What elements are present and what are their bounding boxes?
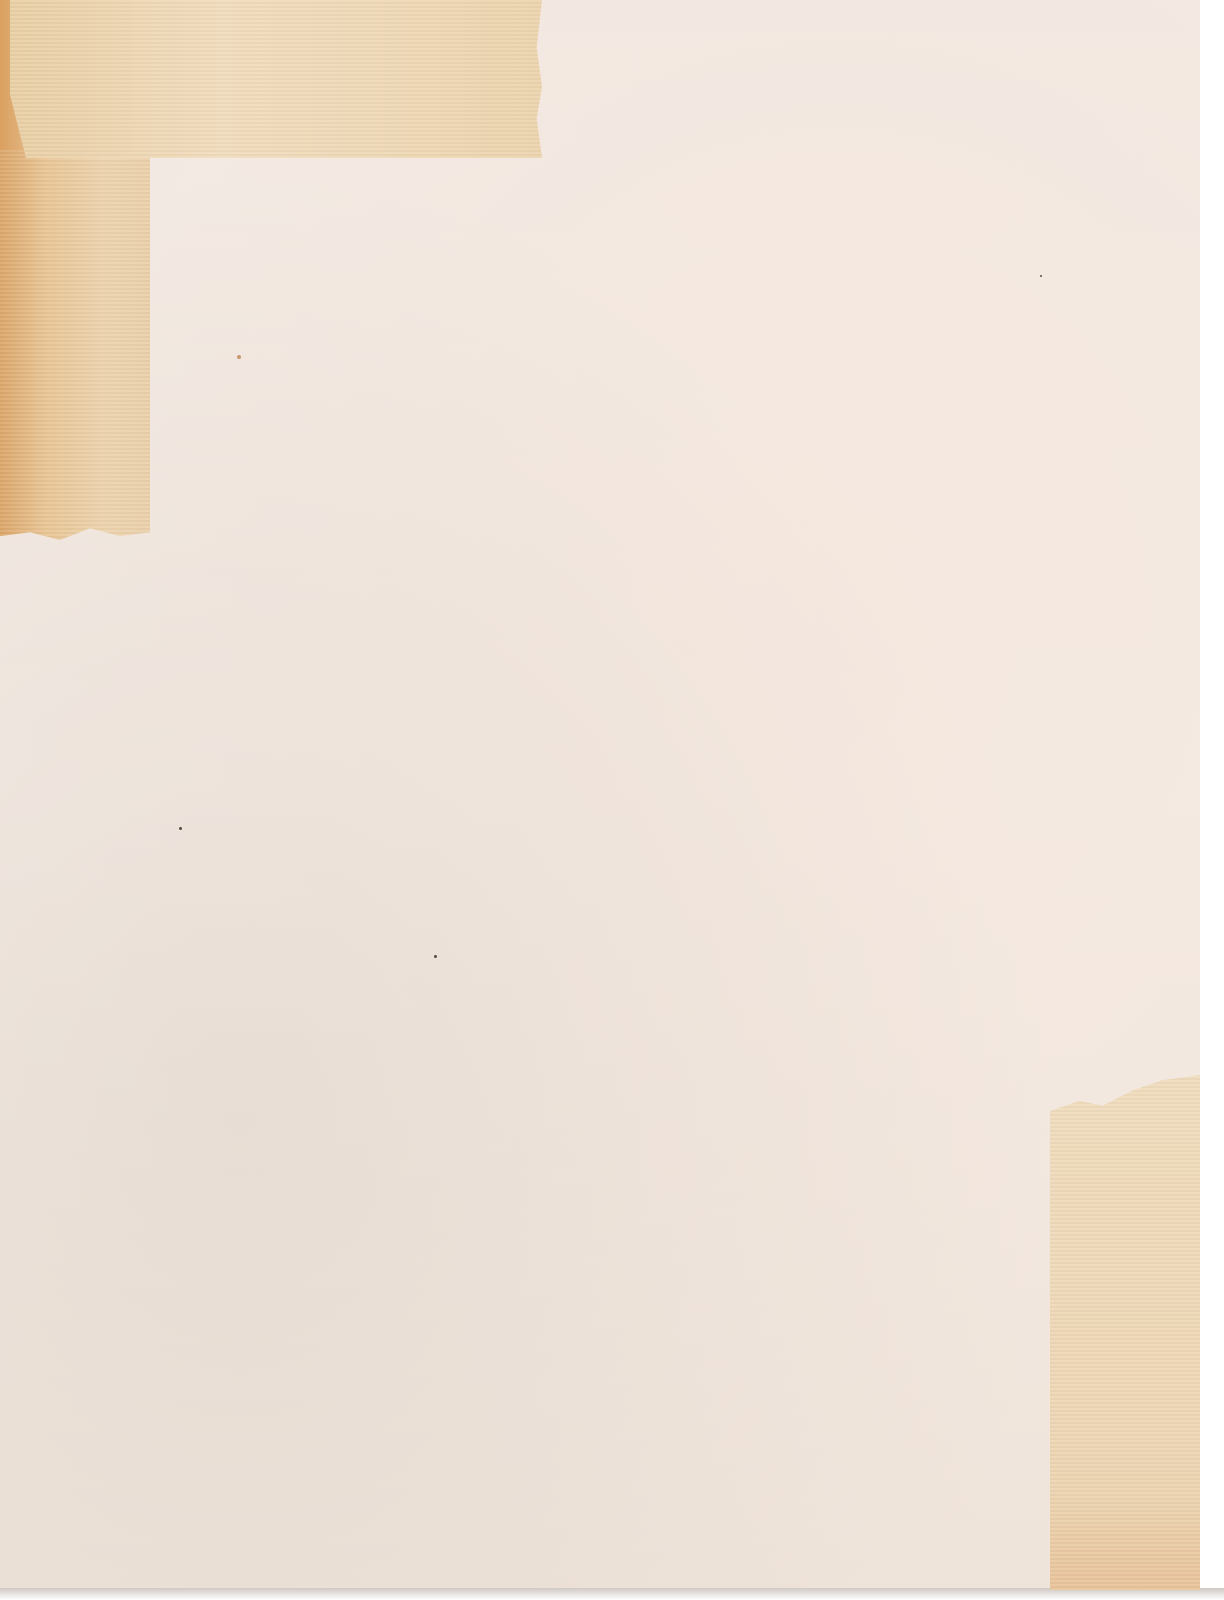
paper-speck [434, 955, 437, 958]
tape-top-left-horizontal [10, 0, 542, 158]
paper-speck [1040, 275, 1042, 277]
paper-stain [237, 355, 241, 359]
paper-sheet [0, 0, 1200, 1590]
scan-edge-bottom [0, 1588, 1224, 1600]
tape-bottom-right [1050, 1075, 1200, 1590]
scan-edge-right [1200, 0, 1224, 1600]
tape-top-left-vertical [0, 150, 150, 540]
paper-speck [179, 827, 182, 830]
